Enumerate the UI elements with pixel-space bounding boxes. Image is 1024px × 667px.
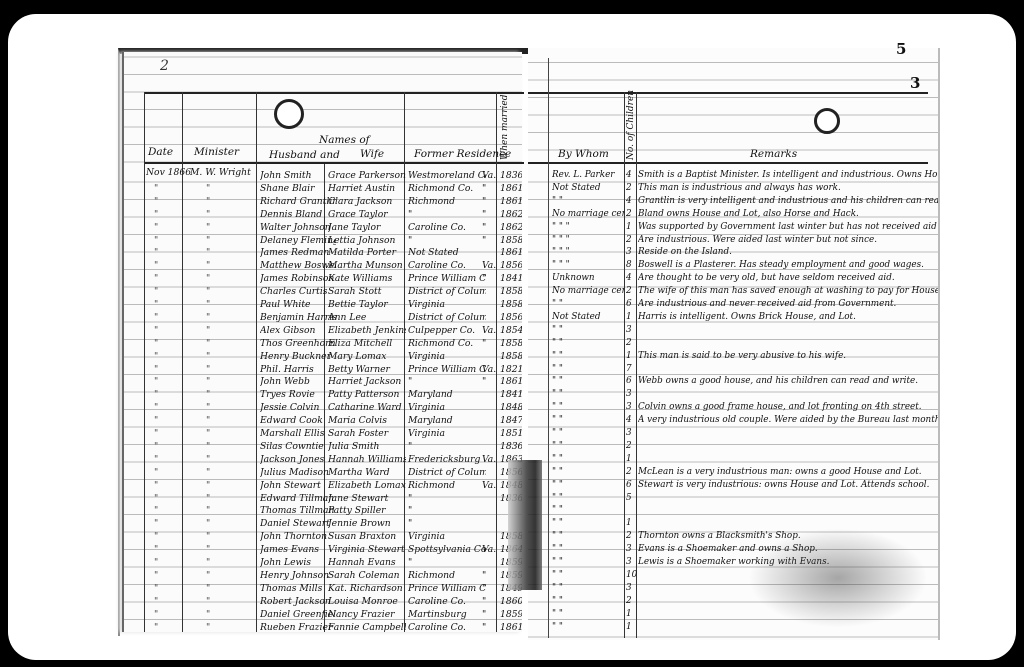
header-names-of: Names of [319, 134, 370, 146]
left-page: Date Minister Names of Husband and Wife … [122, 52, 522, 632]
by-whom: No marriage ceremony [552, 286, 624, 296]
book-binding [508, 460, 542, 590]
by-whom: " " [552, 454, 624, 464]
children-count: 2 [626, 441, 638, 451]
remark-text: The wife of this man has saved enough at… [638, 286, 938, 296]
remark-text: This man is industrious and always has w… [638, 183, 938, 193]
by-whom: " " [552, 196, 624, 206]
children-count: 1 [626, 351, 638, 361]
children-count: 8 [626, 260, 638, 270]
children-count: 1 [626, 609, 638, 619]
page-number-inner: 3 [910, 74, 920, 92]
remark-text: Smith is a Baptist Minister. Is intellig… [638, 170, 938, 180]
children-count: 7 [626, 364, 638, 374]
page-stain [748, 528, 928, 628]
children-count: 3 [626, 583, 638, 593]
by-whom: Rev. L. Parker [552, 170, 624, 180]
remark-text: This man is said to be very abusive to h… [638, 351, 938, 361]
children-count: 2 [626, 286, 638, 296]
children-count: 3 [626, 557, 638, 567]
remark-text: Colvin owns a good frame house, and lot … [638, 402, 938, 412]
header-minister: Minister [194, 146, 239, 158]
by-whom: " " [552, 376, 624, 386]
column-line [144, 92, 145, 632]
by-whom: " " [552, 325, 624, 335]
header-remarks: Remarks [750, 148, 797, 160]
by-whom: Not Stated [552, 183, 624, 193]
by-whom: Unknown [552, 273, 624, 283]
children-count: 3 [626, 428, 638, 438]
top-rule [528, 92, 928, 94]
by-whom: " " [552, 364, 624, 374]
children-count: 1 [626, 222, 638, 232]
by-whom: " " [552, 480, 624, 490]
header-rule [528, 162, 928, 164]
remark-text: Bland owns House and Lot, also Horse and… [638, 209, 938, 219]
film-strip-label [0, 0, 1024, 12]
children-count: 2 [626, 338, 638, 348]
children-count: 2 [626, 183, 638, 193]
children-count: 4 [626, 415, 638, 425]
by-whom: " " [552, 570, 624, 580]
by-whom: " " [552, 518, 624, 528]
children-count: 2 [626, 209, 638, 219]
by-whom: " " [552, 493, 624, 503]
by-whom: " " " [552, 235, 624, 245]
children-count: 2 [626, 467, 638, 477]
archive-stamp [274, 99, 304, 129]
children-count: 1 [626, 454, 638, 464]
header-date: Date [148, 146, 173, 158]
by-whom: " " [552, 441, 624, 451]
header-husband: Husband and [269, 149, 340, 161]
remark-text: Boswell is a Plasterer. Has steady emplo… [638, 260, 938, 270]
by-whom: " " [552, 531, 624, 541]
by-whom: " " " [552, 222, 624, 232]
remark-text: Was supported by Government last winter … [638, 222, 938, 232]
header-by-whom: By Whom [558, 148, 609, 160]
by-whom: " " [552, 351, 624, 361]
column-line [548, 58, 549, 638]
children-count: 2 [626, 235, 638, 245]
by-whom: " " [552, 609, 624, 619]
remark-text: Grantlin is very intelligent and industr… [638, 196, 938, 206]
by-whom: No marriage ceremony [552, 209, 624, 219]
remark-text: Harris is intelligent. Owns Brick House,… [638, 312, 938, 322]
by-whom: " " [552, 389, 624, 399]
by-whom: " " [552, 583, 624, 593]
page-number-top: 5 [896, 40, 906, 58]
children-count: 5 [626, 493, 638, 503]
by-whom: " " [552, 415, 624, 425]
by-whom: Not Stated [552, 312, 624, 322]
by-whom: " " [552, 299, 624, 309]
year-married: 1861 [500, 622, 522, 633]
remark-text: Are industrious and never received aid f… [638, 299, 938, 309]
children-count: 3 [626, 402, 638, 412]
former-residence: Caroline Co. [408, 622, 486, 633]
children-count: 2 [626, 531, 638, 541]
by-whom: " " [552, 557, 624, 567]
by-whom: " " [552, 505, 624, 515]
header-children: No. of Children [626, 90, 636, 160]
remark-text: Webb owns a good house, and his children… [638, 376, 938, 386]
by-whom: " " [552, 544, 624, 554]
children-count: 6 [626, 299, 638, 309]
children-count: 4 [626, 196, 638, 206]
remark-text: Stewart is very industrious: owns House … [638, 480, 938, 490]
by-whom: " " " [552, 260, 624, 270]
children-count: 1 [626, 518, 638, 528]
header-residence: Former Residence [414, 148, 511, 160]
children-count: 3 [626, 247, 638, 257]
page-corner-number: 2 [160, 58, 169, 74]
children-count: 2 [626, 596, 638, 606]
wife-name: Fannie Campbell [328, 622, 406, 633]
residence-state: " [482, 622, 498, 633]
children-count: 4 [626, 273, 638, 283]
by-whom: " " [552, 622, 624, 632]
top-rule [144, 92, 524, 94]
archive-stamp [814, 108, 840, 134]
husband-name: Rueben Frazier [260, 622, 336, 633]
remark-text: Are thought to be very old, but have sel… [638, 273, 938, 283]
children-count: 3 [626, 389, 638, 399]
date-ditto: " [154, 622, 174, 633]
by-whom: " " [552, 338, 624, 348]
by-whom: " " " [552, 247, 624, 257]
children-count: 6 [626, 376, 638, 386]
remark-text: Are industrious. Were aided last winter … [638, 235, 938, 245]
header-wife: Wife [360, 148, 384, 160]
by-whom: " " [552, 402, 624, 412]
register-row: ""Rueben FrazierFannie CampbellCaroline … [146, 619, 524, 636]
remark-text: A very industrious old couple. Were aide… [638, 415, 938, 425]
by-whom: " " [552, 467, 624, 477]
remark-text: McLean is a very industrious man: owns a… [638, 467, 938, 477]
children-count: 10 [626, 570, 638, 580]
remark-text: Reside on the Island. [638, 247, 938, 257]
children-count: 3 [626, 544, 638, 554]
minister-ditto: " [206, 622, 236, 633]
children-count: 1 [626, 622, 638, 632]
right-page: 5 3 By Whom No. of Children Remarks Rev.… [528, 48, 940, 640]
header-when-married: When married [500, 94, 510, 160]
by-whom: " " [552, 596, 624, 606]
children-count: 3 [626, 325, 638, 335]
children-count: 1 [626, 312, 638, 322]
by-whom: " " [552, 428, 624, 438]
children-count: 6 [626, 480, 638, 490]
children-count: 4 [626, 170, 638, 180]
